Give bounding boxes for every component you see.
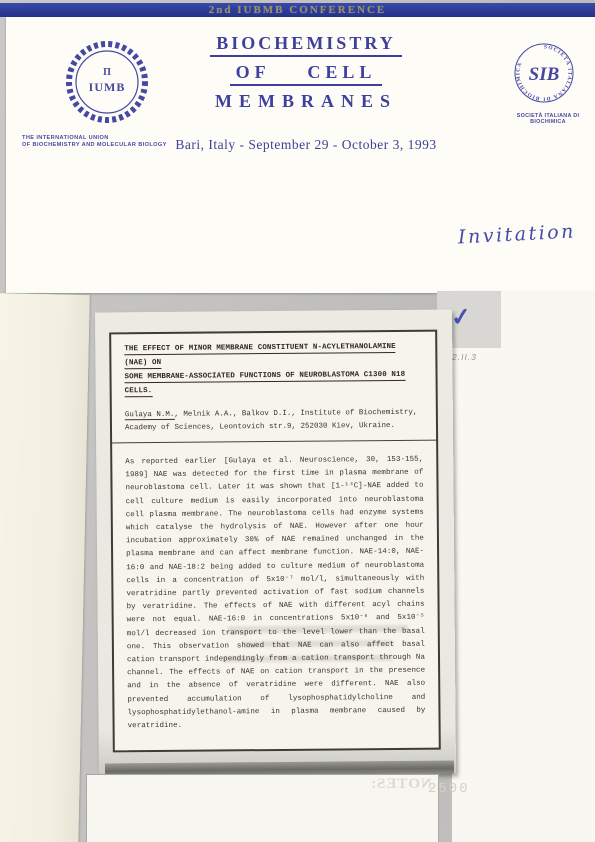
abstract-photo: THE EFFECT OF MINOR MEMBRANE CONSTITUENT… [95, 309, 456, 776]
conference-dates: Bari, Italy - September 29 - October 3, … [156, 137, 456, 153]
iumb-logo-icon: Π IUMB [64, 39, 150, 130]
abstract-title: THE EFFECT OF MINOR MEMBRANE CONSTITUENT… [124, 340, 422, 399]
sib-caption: SOCIETÀ ITALIANA DI BIOCHIMICA [500, 113, 595, 125]
conference-banner: 2nd IUBMB CONFERENCE [0, 3, 595, 17]
abstract-frame: THE EFFECT OF MINOR MEMBRANE CONSTITUENT… [109, 330, 441, 753]
conference-title: BIOCHEMISTRY OF CELL MEMBRANES [176, 33, 436, 118]
checkmark-icon: ✓ [450, 302, 473, 333]
abstract-title-line2: SOME MEMBRANE-ASSOCIATED FUNCTIONS OF NE… [125, 371, 406, 397]
conference-title-line2: OF CELL [230, 62, 383, 86]
sib-monogram: SIB [529, 64, 560, 85]
left-paper-sheet [0, 293, 90, 842]
abstract-body: As reported earlier [Gulaya et al. Neuro… [125, 454, 425, 734]
conference-banner-title: 2nd IUBMB CONFERENCE [209, 4, 387, 16]
invitation-script: Invitation [458, 219, 595, 248]
abstract-authors: Gulaya N.M., Melnik A.A., Balkov D.I., I… [125, 407, 423, 435]
right-paper-sheet [452, 290, 595, 842]
handwritten-code: 2.II.3 [452, 352, 477, 362]
sib-logo-icon: SOCIETÀ ITALIANA DI BIOCHIMICA SIB [512, 41, 576, 110]
conference-title-line3: MEMBRANES [209, 91, 403, 113]
abstract-title-line1: THE EFFECT OF MINOR MEMBRANE CONSTITUENT… [124, 343, 396, 369]
bottom-paper-sheet: NOTES: [86, 774, 439, 842]
iumb-monogram: IUMB [89, 80, 126, 94]
letterhead-sheet: Π IUMB THE INTERNATIONAL UNION OF BIOCHE… [6, 17, 595, 293]
scanned-page: 2nd IUBMB CONFERENCE Π IUMB THE INTERNAT… [0, 0, 595, 842]
notes-bleedthrough: NOTES: [370, 776, 432, 793]
abstract-divider [110, 440, 438, 444]
conference-title-line1: BIOCHEMISTRY [210, 33, 401, 57]
svg-text:Π: Π [103, 67, 111, 78]
abstract-first-author: Gulaya N.M. [125, 411, 175, 420]
number-bleedthrough: 2500 [428, 781, 470, 797]
